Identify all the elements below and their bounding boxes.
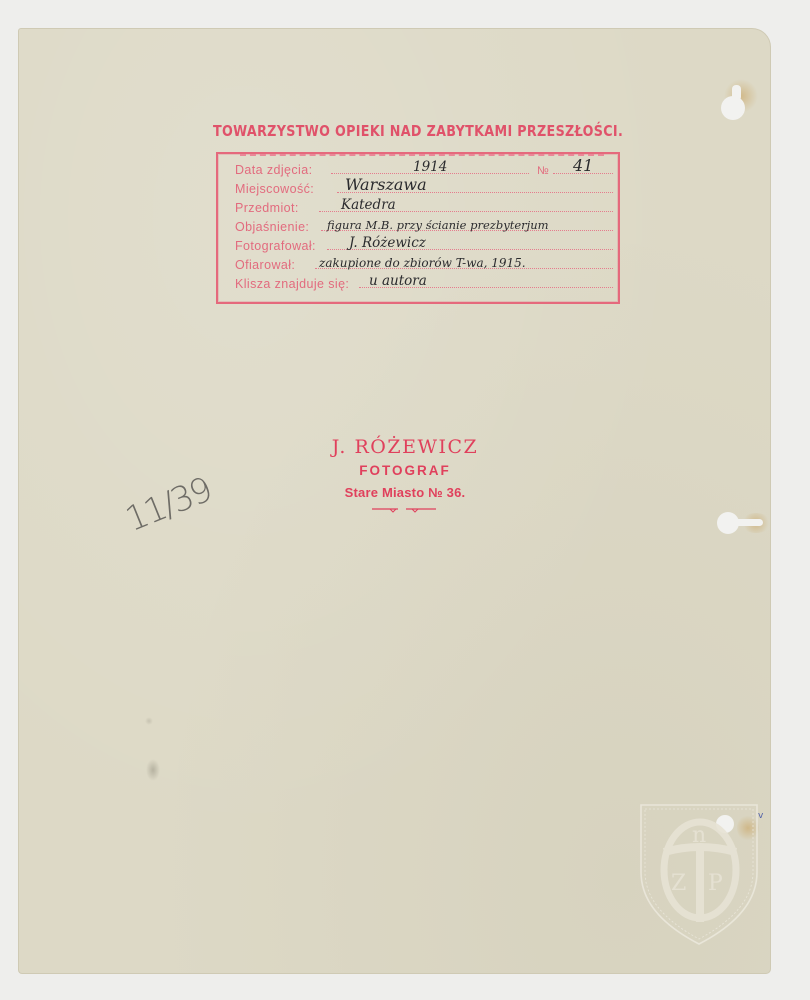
field-label: Miejscowość: <box>235 182 314 196</box>
field-label: Objaśnienie: <box>235 220 309 234</box>
ornament-rule-icon <box>372 507 436 513</box>
stamp-divider <box>240 154 604 156</box>
society-stamp-title: TOWARZYSTWO OPIEKI NAD ZABYTKAMI PRZESZŁ… <box>213 122 557 140</box>
tonzp-shield-watermark-icon: n Z P <box>638 802 760 947</box>
field-value: figura M.B. przy ścianie prezbyterjum <box>327 218 549 232</box>
field-subject: Przedmiot: Katedra <box>235 197 615 215</box>
field-value: 1914 <box>413 159 447 175</box>
svg-text:Z: Z <box>671 871 686 896</box>
photographer-name: J. RÓŻEWICZ <box>300 436 510 458</box>
number-value: 41 <box>573 156 593 175</box>
number-label: № <box>537 165 549 177</box>
field-label: Ofiarował: <box>235 258 295 272</box>
field-donor: Ofiarował: zakupione do zbiorów T-wa, 19… <box>235 254 615 272</box>
field-value: Katedra <box>341 197 396 213</box>
field-negative-location: Klisza znajduje się: u autora <box>235 273 615 291</box>
stain-spot <box>145 717 153 725</box>
svg-text:P: P <box>708 871 723 896</box>
field-value: Warszawa <box>345 175 427 194</box>
photographer-role: FOTOGRAF <box>300 463 510 478</box>
field-label: Przedmiot: <box>235 201 299 215</box>
field-label: Klisza znajduje się: <box>235 277 349 291</box>
field-value: u autora <box>369 273 427 289</box>
field-value: J. Różewicz <box>349 235 426 251</box>
society-stamp-box: Data zdjęcia: 1914 № 41 Miejscowość: War… <box>216 152 620 304</box>
field-description: Objaśnienie: figura M.B. przy ścianie pr… <box>235 216 619 234</box>
stain-spot <box>146 759 160 781</box>
svg-text:n: n <box>692 823 706 848</box>
margin-check-mark: v <box>758 812 763 821</box>
field-label: Fotografował: <box>235 239 316 253</box>
field-label: Data zdjęcia: <box>235 163 312 177</box>
field-photographer: Fotografował: J. Różewicz <box>235 235 615 253</box>
photographer-address: Stare Miasto № 36. <box>300 485 510 500</box>
field-place: Miejscowość: Warszawa <box>235 178 615 196</box>
field-value: zakupione do zbiorów T-wa, 1915. <box>319 256 526 270</box>
